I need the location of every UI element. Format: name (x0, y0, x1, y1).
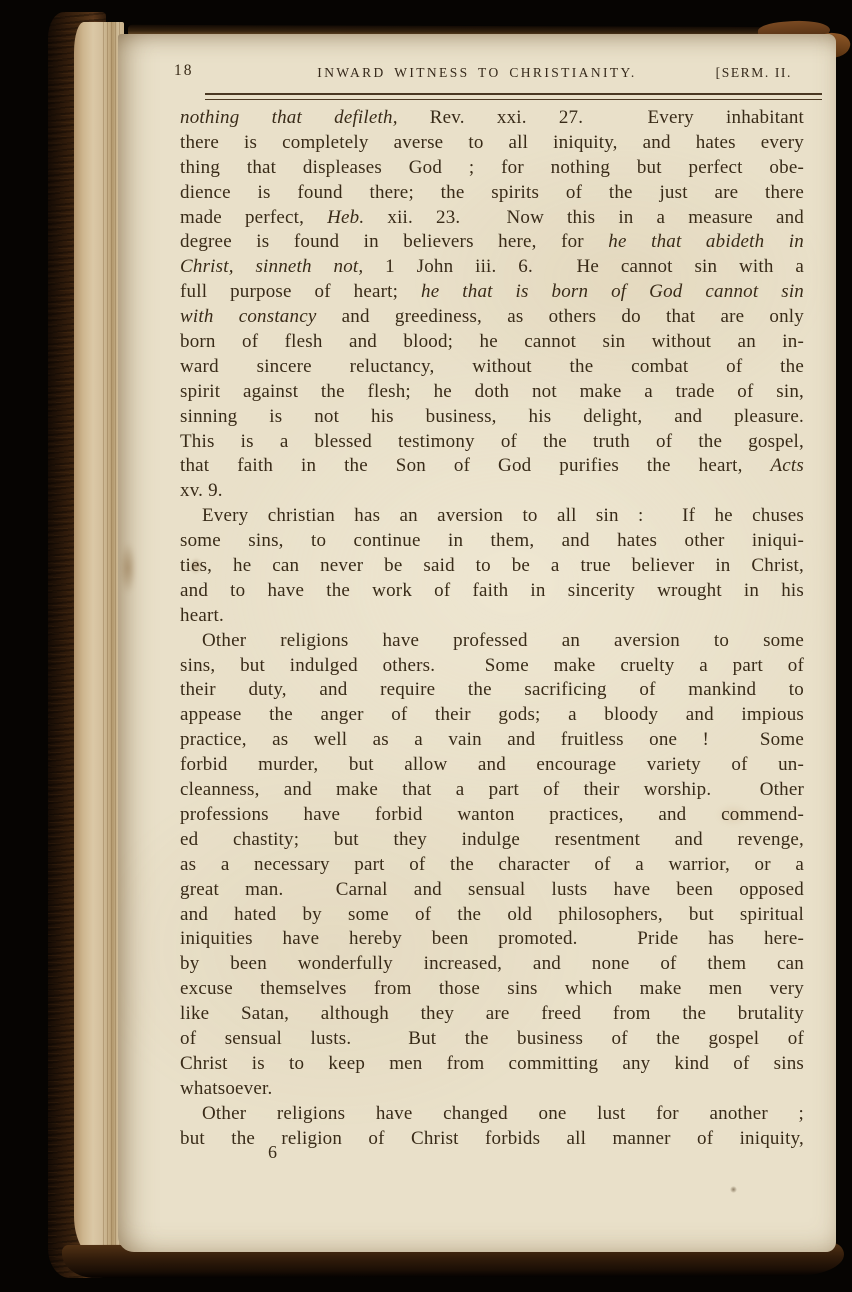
text-run: some sins, to continue in them, and hate… (180, 530, 804, 551)
italic-text-run: he that abideth in (608, 231, 804, 252)
text-run: and hated by some of the old philosopher… (180, 904, 804, 925)
text-run: This is a blessed testimony of the truth… (180, 431, 804, 452)
text-run: dience is found there; the spirits of th… (180, 182, 804, 203)
text-run: cleanness, and make that a part of their… (180, 779, 804, 800)
signature-mark: 6 (268, 1142, 277, 1163)
header-double-rule (205, 93, 822, 100)
text-line: full purpose of heart; he that is born o… (180, 280, 804, 305)
italic-text-run: Christ, sinneth not, (180, 256, 363, 277)
text-run: xv. 9. (180, 480, 223, 501)
text-line: and hated by some of the old philosopher… (180, 903, 804, 928)
text-run: degree is found in believers here, for (180, 231, 608, 252)
page-edges-stack (74, 22, 124, 1260)
text-run: ties, he can never be said to be a true … (180, 555, 804, 576)
text-run: that faith in the Son of God purifies th… (180, 455, 770, 476)
text-run: excuse themselves from those sins which … (180, 978, 804, 999)
text-run: 1 John iii. 6. He cannot sin with a (363, 256, 804, 277)
text-line: Other religions have professed an aversi… (180, 629, 804, 654)
text-line: excuse themselves from those sins which … (180, 977, 804, 1002)
italic-text-run: Acts (770, 455, 804, 476)
stain (120, 542, 136, 594)
text-run: made perfect, (180, 207, 327, 228)
book-page: 18 INWARD WITNESS TO CHRISTIANITY. [SERM… (118, 34, 836, 1252)
text-run: practice, as well as a vain and fruitles… (180, 729, 804, 750)
text-line: by been wonderfully increased, and none … (180, 952, 804, 977)
italic-text-run: nothing that defileth, (180, 107, 398, 128)
text-run: their duty, and require the sacrificing … (180, 679, 804, 700)
page-edge-creases (100, 22, 120, 1260)
text-run: appease the anger of their gods; a blood… (180, 704, 804, 725)
text-run: sins, but indulged others. Some make cru… (180, 655, 804, 676)
italic-text-run: with constancy (180, 306, 316, 327)
text-run: Rev. xxi. 27. Every inhabitant (398, 107, 804, 128)
text-line: ties, he can never be said to be a true … (180, 554, 804, 579)
text-line: practice, as well as a vain and fruitles… (180, 728, 804, 753)
text-line: cleanness, and make that a part of their… (180, 778, 804, 803)
text-run: great man. Carnal and sensual lusts have… (180, 879, 804, 900)
text-run: Other religions have changed one lust fo… (202, 1103, 804, 1124)
text-line: born of flesh and blood; he cannot sin w… (180, 330, 804, 355)
text-line: whatsoever. (180, 1077, 804, 1102)
text-line: forbid murder, but allow and encourage v… (180, 753, 804, 778)
text-line: like Satan, although they are freed from… (180, 1002, 804, 1027)
italic-text-run: Heb. (327, 207, 364, 228)
text-run: sinning is not his business, his delight… (180, 406, 804, 427)
sermon-number-label: [SERM. II. (716, 65, 792, 81)
text-line: degree is found in believers here, for h… (180, 230, 804, 255)
text-line: appease the anger of their gods; a blood… (180, 703, 804, 728)
text-line: with constancy and greediness, as others… (180, 305, 804, 330)
text-run: ward sincere reluctancy, without the com… (180, 356, 804, 377)
text-line: Every christian has an aversion to all s… (180, 504, 804, 529)
text-run: by been wonderfully increased, and none … (180, 953, 804, 974)
text-line: This is a blessed testimony of the truth… (180, 430, 804, 455)
text-line: nothing that defileth, Rev. xxi. 27. Eve… (180, 106, 804, 131)
text-line: thing that displeases God ; for nothing … (180, 156, 804, 181)
text-line: and to have the work of faith in sinceri… (180, 579, 804, 604)
text-line: great man. Carnal and sensual lusts have… (180, 878, 804, 903)
text-line: dience is found there; the spirits of th… (180, 181, 804, 206)
text-run: professions have forbid wanton practices… (180, 804, 804, 825)
stain (730, 1186, 737, 1193)
body-text: nothing that defileth, Rev. xxi. 27. Eve… (180, 106, 804, 1151)
text-run: spirit against the flesh; he doth not ma… (180, 381, 804, 402)
text-run: heart. (180, 605, 224, 626)
text-run: Every christian has an aversion to all s… (202, 505, 804, 526)
text-line: Christ, sinneth not, 1 John iii. 6. He c… (180, 255, 804, 280)
text-line: their duty, and require the sacrificing … (180, 678, 804, 703)
text-run: there is completely averse to all iniqui… (180, 132, 804, 153)
text-run: ed chastity; but they indulge resentment… (180, 829, 804, 850)
text-line: sins, but indulged others. Some make cru… (180, 654, 804, 679)
text-line: iniquities have hereby been promoted. Pr… (180, 927, 804, 952)
text-run: like Satan, although they are freed from… (180, 1003, 804, 1024)
text-line: that faith in the Son of God purifies th… (180, 454, 804, 479)
text-run: xii. 23. Now this in a measure and (364, 207, 804, 228)
text-run: Other religions have professed an aversi… (202, 630, 804, 651)
text-line: made perfect, Heb. xii. 23. Now this in … (180, 206, 804, 231)
text-run: born of flesh and blood; he cannot sin w… (180, 331, 804, 352)
text-run: whatsoever. (180, 1078, 272, 1099)
text-line: some sins, to continue in them, and hate… (180, 529, 804, 554)
text-run: and greediness, as others do that are on… (316, 306, 804, 327)
text-line: Other religions have changed one lust fo… (180, 1102, 804, 1127)
text-run: forbid murder, but allow and encourage v… (180, 754, 804, 775)
text-line: there is completely averse to all iniqui… (180, 131, 804, 156)
text-line: heart. (180, 604, 804, 629)
text-line: ward sincere reluctancy, without the com… (180, 355, 804, 380)
text-line: xv. 9. (180, 479, 804, 504)
text-line: professions have forbid wanton practices… (180, 803, 804, 828)
text-line: ed chastity; but they indulge resentment… (180, 828, 804, 853)
text-run: Christ is to keep men from committing an… (180, 1053, 804, 1074)
text-run: thing that displeases God ; for nothing … (180, 157, 804, 178)
text-run: full purpose of heart; (180, 281, 421, 302)
text-line: as a necessary part of the character of … (180, 853, 804, 878)
text-run: as a necessary part of the character of … (180, 854, 804, 875)
text-line: sinning is not his business, his delight… (180, 405, 804, 430)
text-line: of sensual lusts. But the business of th… (180, 1027, 804, 1052)
text-run: iniquities have hereby been promoted. Pr… (180, 928, 804, 949)
text-line: Christ is to keep men from committing an… (180, 1052, 804, 1077)
text-line: spirit against the flesh; he doth not ma… (180, 380, 804, 405)
italic-text-run: he that is born of God cannot sin (421, 281, 804, 302)
text-run: of sensual lusts. But the business of th… (180, 1028, 804, 1049)
text-run: and to have the work of faith in sinceri… (180, 580, 804, 601)
